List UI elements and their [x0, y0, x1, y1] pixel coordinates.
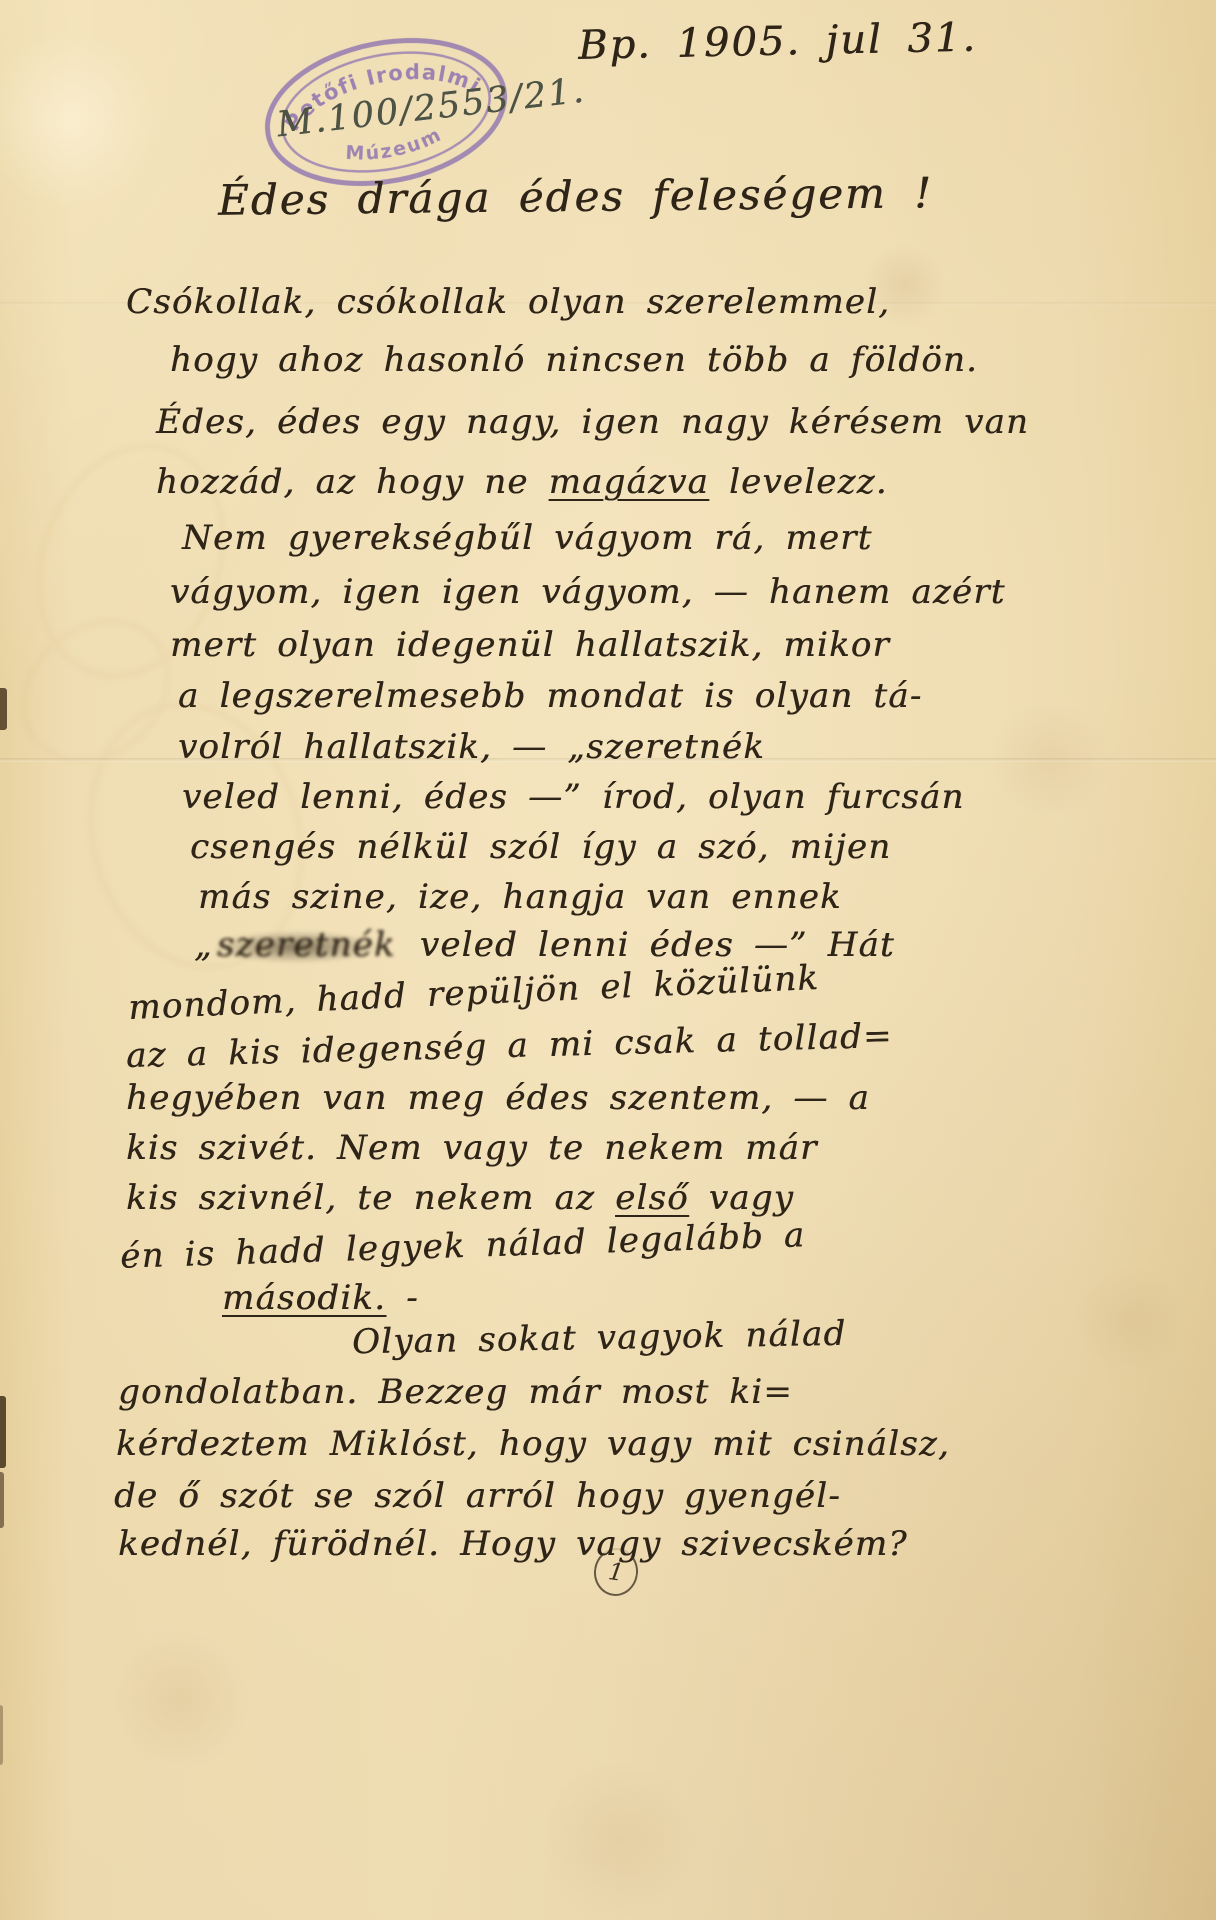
line-text-smudged: szeretnék — [213, 925, 400, 965]
letter-line: kis szivét. Nem vagy te nekem már — [126, 1128, 818, 1168]
line-text: hegyében van meg édes szentem, — a — [126, 1078, 870, 1118]
letter-line: volról hallatszik, — „szeretnék — [178, 727, 765, 767]
line-text: mert olyan idegenül hallatszik, mikor — [170, 625, 890, 665]
line-text: kérdeztem Miklóst, hogy vagy mit csináls… — [116, 1424, 950, 1464]
letter-line: mondom, hadd repüljön el közülünk — [127, 958, 819, 1028]
letter-line: csengés nélkül szól így a szó, mijen — [190, 827, 891, 867]
letter-page: Bp. 1905. jul 31. Petőfi Irodalmi Múzeum… — [0, 0, 1216, 1920]
letter-line: de ő szót se szól arról hogy gyengél- — [114, 1476, 841, 1516]
line-text: én is hadd legyek nálad legalább a — [120, 1215, 806, 1277]
line-text: levelezz. — [709, 462, 888, 502]
line-text: vagy — [689, 1178, 794, 1218]
letter-line: vágyom, igen igen vágyom, — hanem azért — [170, 572, 1006, 612]
line-text: Nem gyerekségbűl vágyom rá, mert — [182, 518, 872, 558]
line-text-underlined: második. — [222, 1278, 386, 1318]
line-text: hozzád, az hogy ne — [156, 462, 549, 502]
scan-edge-mark — [0, 1396, 6, 1468]
letter-line: Olyan sokat vagyok nálad — [352, 1314, 847, 1363]
letter-line: én is hadd legyek nálad legalább a — [120, 1215, 806, 1277]
letter-line: más szine, ize, hangja van ennek — [198, 877, 842, 917]
letter-line: a legszerelmesebb mondat is olyan tá- — [178, 676, 922, 716]
line-text: „ — [194, 925, 213, 965]
line-text: csengés nélkül szól így a szó, mijen — [190, 827, 891, 867]
line-text: Édes, édes egy nagy, igen nagy kérésem v… — [156, 402, 1029, 442]
line-text: veled lenni, édes —” írod, olyan furcsán — [182, 777, 965, 817]
line-text: - — [386, 1278, 419, 1318]
letter-line: Nem gyerekségbűl vágyom rá, mert — [182, 518, 872, 558]
letter-line: veled lenni, édes —” írod, olyan furcsán — [182, 777, 965, 817]
letter-line: gondolatban. Bezzeg már most ki= — [118, 1372, 793, 1412]
watermark-shape — [0, 588, 200, 793]
line-text-underlined: magázva — [549, 462, 709, 502]
line-text: kednél, fürödnél. Hogy vagy szivecském? — [118, 1524, 908, 1564]
letter-line: kérdeztem Miklóst, hogy vagy mit csináls… — [116, 1424, 950, 1464]
page-number-value: 1 — [606, 1557, 625, 1587]
letter-line: hogy ahoz hasonló nincsen több a földön. — [170, 340, 978, 380]
line-text-underlined: első — [615, 1178, 689, 1218]
line-text: de ő szót se szól arról hogy gyengél- — [114, 1476, 841, 1516]
line-text: kis szivét. Nem vagy te nekem már — [126, 1128, 818, 1168]
scan-edge-mark — [0, 1472, 4, 1528]
line-text: gondolatban. Bezzeg már most ki= — [118, 1372, 793, 1412]
line-text: az a kis idegenség a mi csak a tollad= — [126, 1016, 894, 1076]
letter-line: kednél, fürödnél. Hogy vagy szivecském? — [118, 1524, 908, 1564]
letter-line: mert olyan idegenül hallatszik, mikor — [170, 625, 890, 665]
letter-line: Édes, édes egy nagy, igen nagy kérésem v… — [156, 402, 1029, 442]
line-text: veled lenni édes —” Hát — [400, 925, 895, 965]
line-text: a legszerelmesebb mondat is olyan tá- — [178, 676, 922, 716]
date-line: Bp. 1905. jul 31. — [578, 13, 1049, 69]
line-text: kis szivnél, te nekem az — [126, 1178, 615, 1218]
letter-line: kis szivnél, te nekem az első vagy — [126, 1178, 794, 1218]
letter-line: hozzád, az hogy ne magázva levelezz. — [156, 462, 888, 502]
letter-line: második. - — [222, 1278, 419, 1318]
line-text: más szine, ize, hangja van ennek — [198, 877, 842, 917]
scan-edge-mark — [0, 1705, 3, 1765]
letter-line: az a kis idegenség a mi csak a tollad= — [126, 1016, 894, 1076]
line-text: vágyom, igen igen vágyom, — hanem azért — [170, 572, 1006, 612]
letter-line: Csókollak, csókollak olyan szerelemmel, — [126, 282, 890, 322]
scan-edge-mark — [0, 688, 7, 730]
line-text: Olyan sokat vagyok nálad — [352, 1314, 847, 1363]
line-text: mondom, hadd repüljön el közülünk — [127, 958, 819, 1028]
letter-line: hegyében van meg édes szentem, — a — [126, 1078, 870, 1118]
salutation: Édes drága édes feleségem ! — [218, 168, 933, 224]
line-text: Csókollak, csókollak olyan szerelemmel, — [126, 282, 890, 322]
line-text: volról hallatszik, — „szeretnék — [178, 727, 765, 767]
line-text: hogy ahoz hasonló nincsen több a földön. — [170, 340, 978, 380]
